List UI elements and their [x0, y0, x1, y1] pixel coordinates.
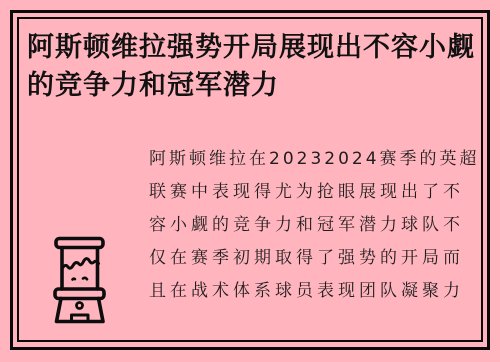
body-line-4: 仅在赛季初期取得了强势的开局而 [149, 242, 463, 275]
dispenser-middle-band [55, 289, 104, 299]
body-line-1: 阿斯顿维拉在20232024赛季的英超 [149, 143, 463, 176]
face-mark-right [83, 278, 87, 280]
title-line-2: 的竞争力和冠军潜力 [27, 66, 469, 104]
title-line-1: 阿斯顿维拉强势开局展现出不容小觑 [27, 28, 469, 66]
body-line-5: 且在战术体系球员表现团队凝聚力 [149, 275, 463, 308]
article-card: 阿斯顿维拉强势开局展现出不容小觑 的竞争力和冠军潜力 阿斯顿维拉在2023202… [0, 0, 500, 362]
liquid-wave-line [62, 259, 99, 269]
article-body: 阿斯顿维拉在20232024赛季的英超 联赛中表现得尤为抢眼展现出了不 容小觑的… [149, 143, 463, 308]
article-title: 阿斯顿维拉强势开局展现出不容小觑 的竞争力和冠军潜力 [27, 28, 469, 104]
knob-ring [77, 303, 83, 309]
body-line-2: 联赛中表现得尤为抢眼展现出了不 [149, 176, 463, 209]
water-dispenser-icon [52, 236, 108, 326]
body-line-3: 容小觑的竞争力和冠军潜力球队不 [149, 209, 463, 242]
face-mark-left [73, 279, 75, 280]
dispenser-top-cap [56, 239, 103, 248]
